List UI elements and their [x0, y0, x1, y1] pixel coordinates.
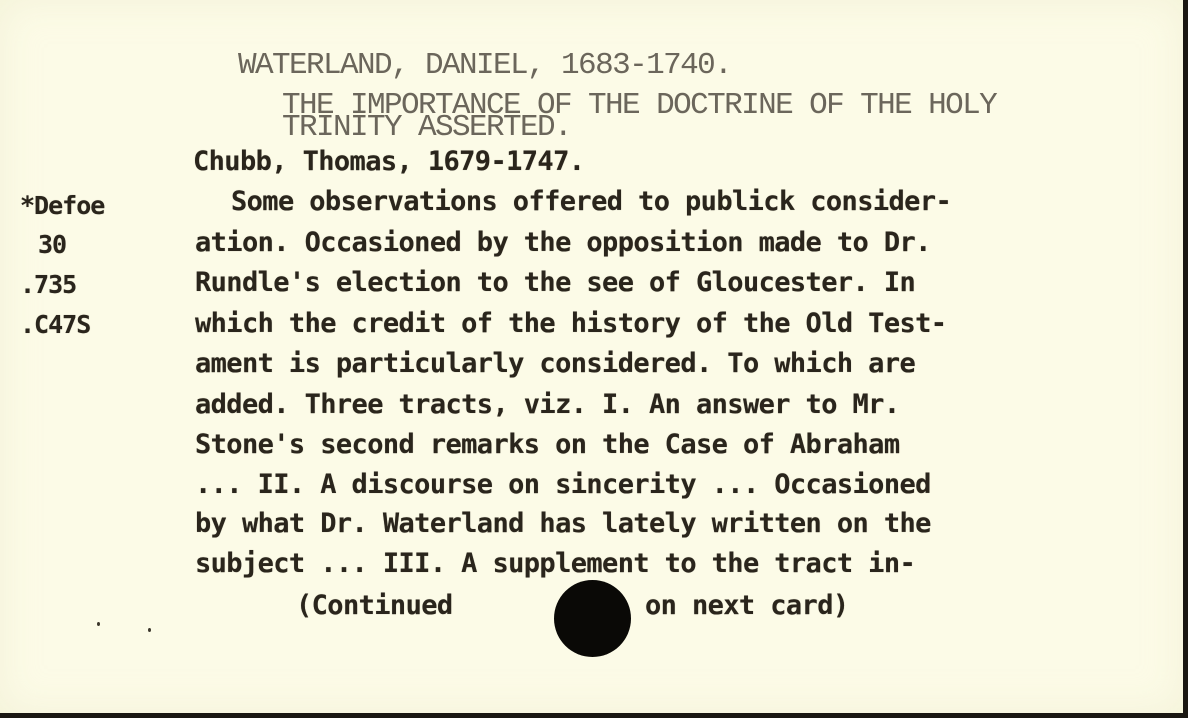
description-line: Rundle's election to the see of Gloucest…	[195, 267, 915, 298]
description-line: ... II. A discourse on sincerity ... Occ…	[195, 469, 931, 500]
ink-speck	[97, 622, 100, 626]
continued-note-left: (Continued	[296, 590, 453, 621]
description-line: Stone's second remarks on the Case of Ab…	[195, 429, 900, 460]
description-line: which the credit of the history of the O…	[195, 308, 946, 339]
added-entry-title-line-2: TRINITY ASSERTED.	[282, 110, 571, 145]
main-entry-author: Chubb, Thomas, 1679-1747.	[193, 146, 584, 177]
description-line: Some observations offered to publick con…	[231, 186, 951, 217]
description-line: ation. Occasioned by the opposition made…	[195, 227, 931, 258]
description-line: subject ... III. A supplement to the tra…	[195, 548, 915, 579]
description-line: added. Three tracts, viz. I. An answer t…	[195, 389, 900, 420]
call-number-line: 30	[38, 230, 66, 259]
punch-hole	[554, 580, 631, 657]
ink-speck	[148, 628, 151, 632]
catalog-card: WATERLAND, DANIEL, 1683-1740. THE IMPORT…	[0, 0, 1183, 713]
continued-note-right: on next card)	[645, 590, 849, 621]
description-line: ament is particularly considered. To whi…	[195, 348, 915, 379]
call-number-line: *Defoe	[20, 191, 104, 220]
added-entry-author: WATERLAND, DANIEL, 1683-1740.	[238, 48, 731, 83]
call-number-line: .735	[20, 270, 76, 299]
description-line: by what Dr. Waterland has lately written…	[195, 508, 931, 539]
call-number-line: .C47S	[20, 310, 90, 339]
